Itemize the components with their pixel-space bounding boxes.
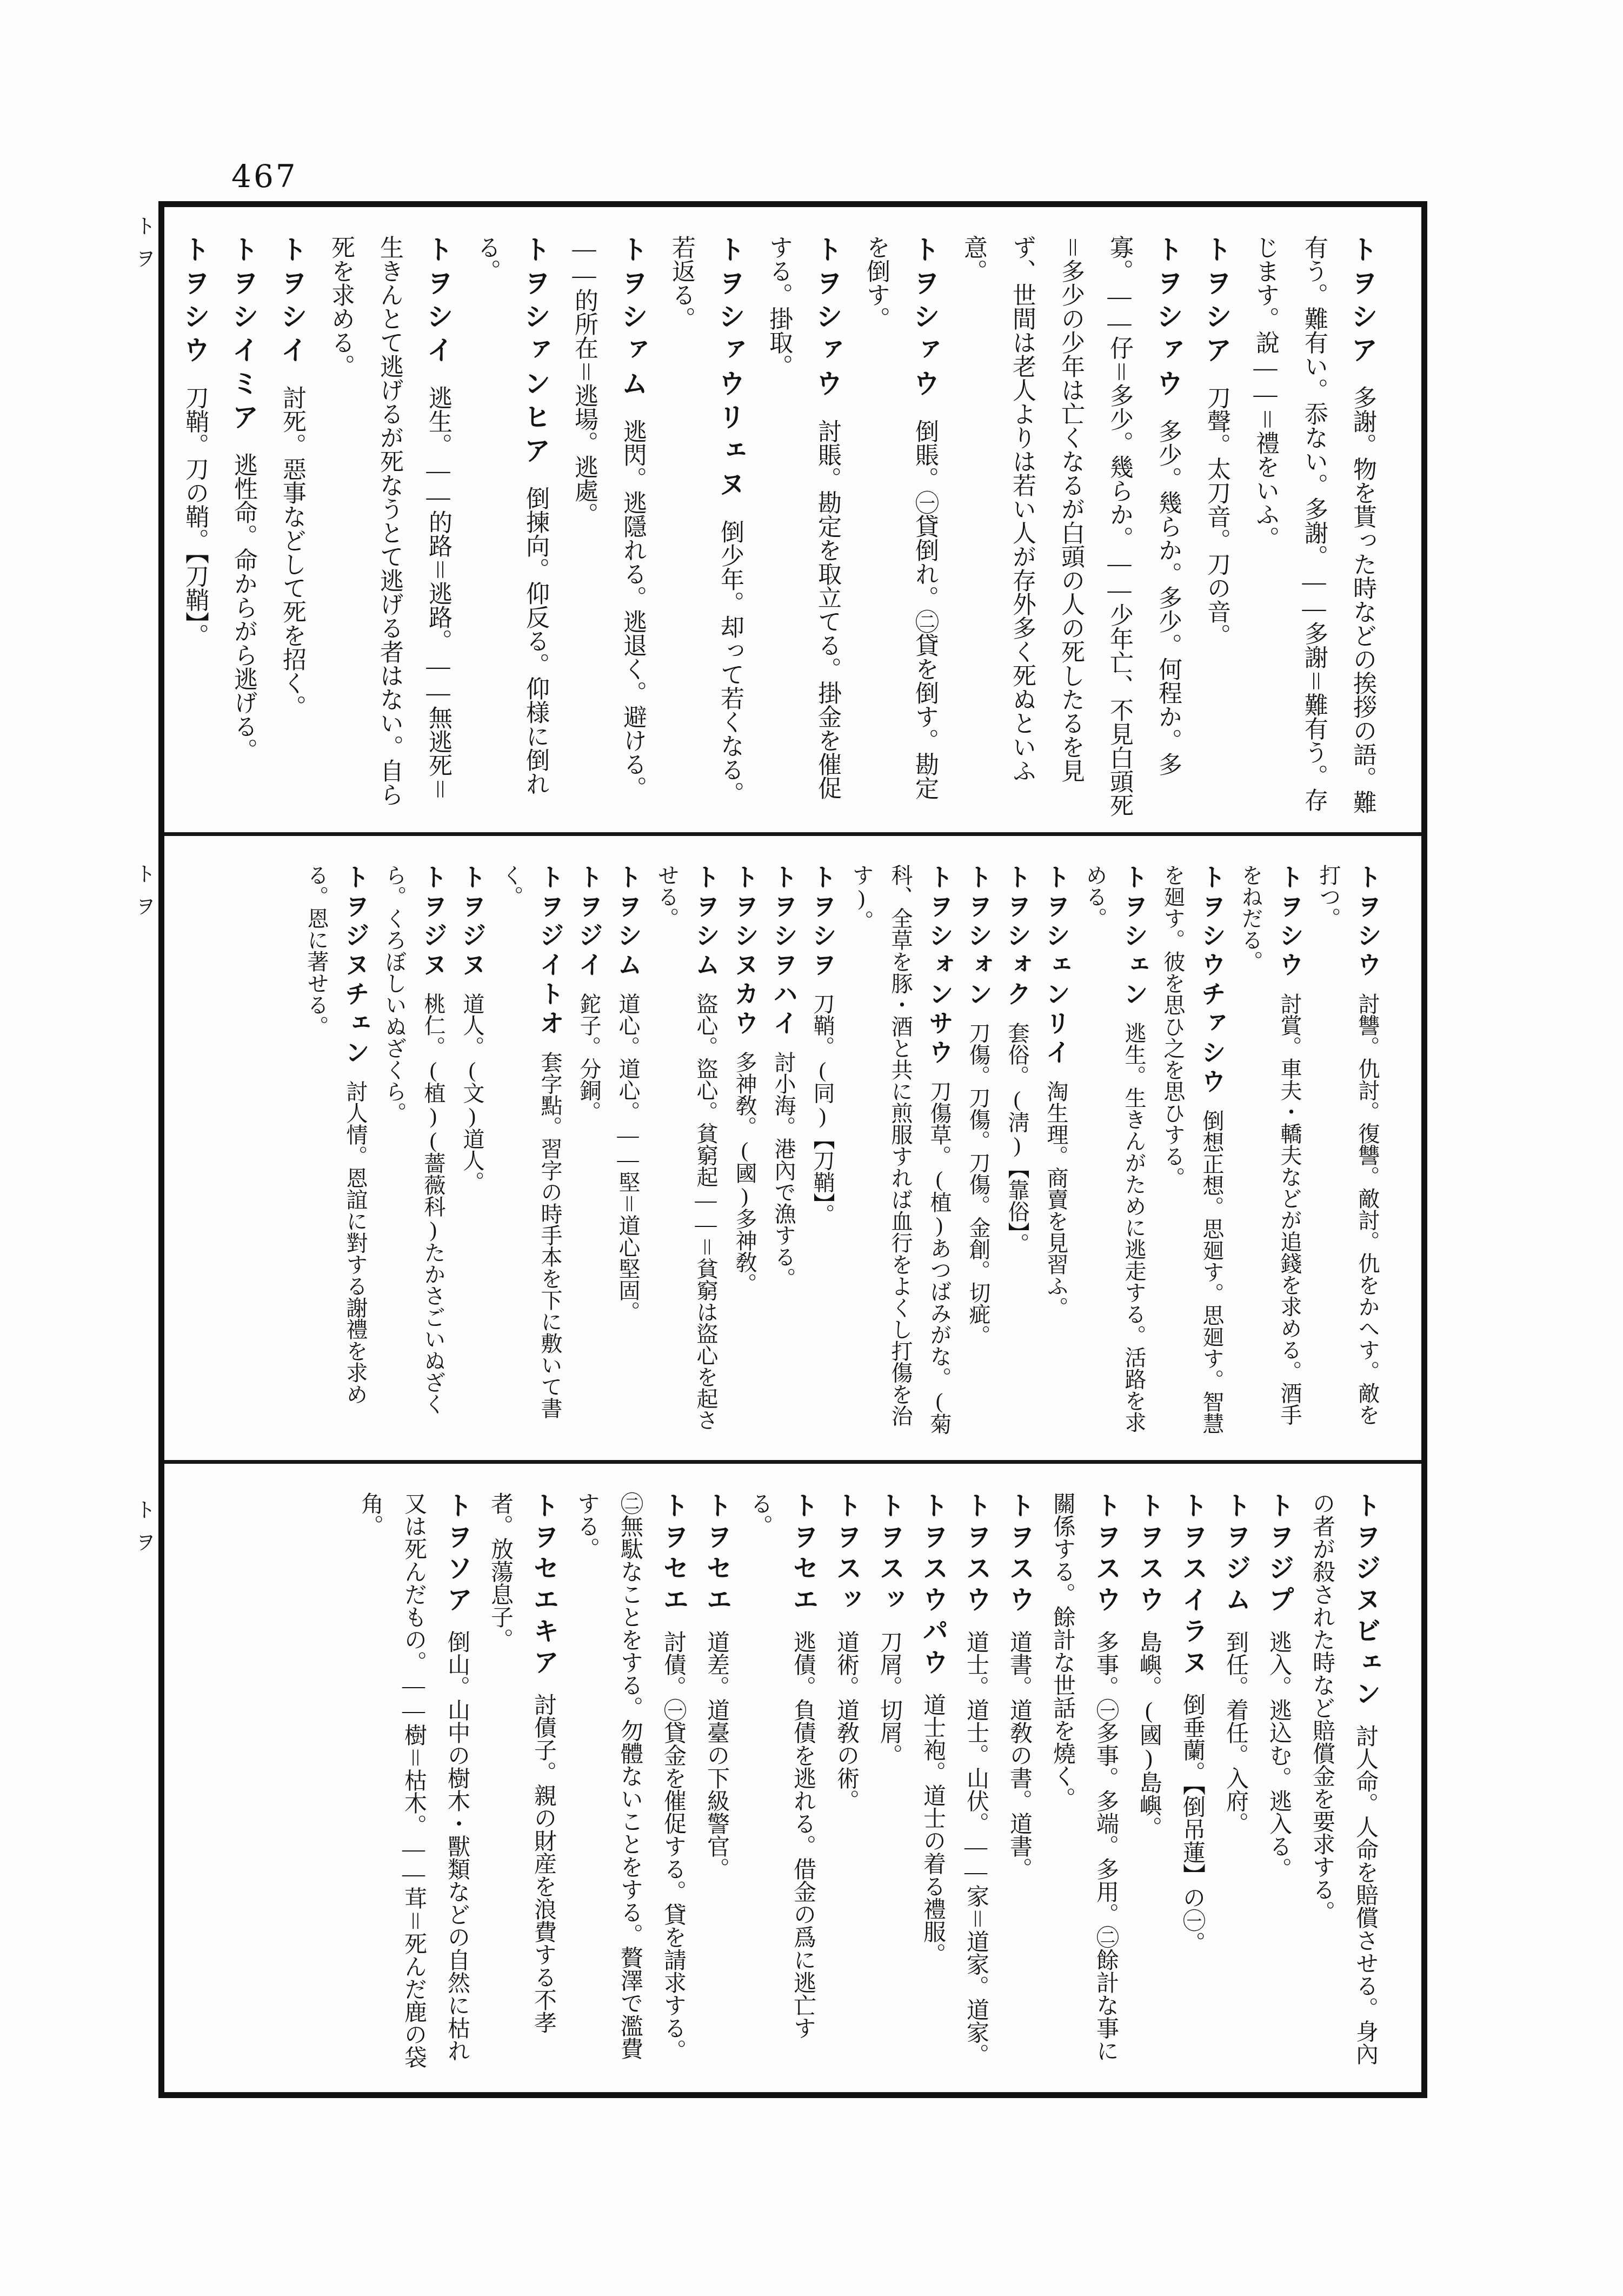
entry-headword: トヲシイ: [277, 235, 307, 369]
entry-headword: トヲシァンヒア: [520, 235, 550, 470]
entry-headword: トヲシヲ: [809, 864, 836, 981]
entry-headword: トヲソア: [443, 1492, 471, 1617]
entry-headword: トヲシア: [1201, 235, 1232, 369]
entry-headword: トヲシォク: [1003, 864, 1031, 1010]
entry-headword: トヲセエ: [702, 1492, 731, 1617]
dictionary-entry: トヲスウ道士。道士。山伏。――家＝道家。道家。: [954, 1492, 997, 2077]
entry-definition: 道士袍。道士の着る禮服。: [920, 1693, 945, 1966]
entry-headword: トヲシェン: [1120, 864, 1148, 1010]
entry-headword: トヲシウ: [1354, 864, 1381, 981]
entry-definition: 倒垂蘭。【倒吊蓮】の㊀。: [1180, 1693, 1205, 1954]
dictionary-entry: トヲジヌチェン討人情。恩誼に對する謝禮を求める。恩に著せる。: [297, 864, 375, 1446]
entry-definition: 討小海。港內で漁する。: [771, 1051, 796, 1289]
entry-headword: トヲシイミア: [228, 235, 258, 436]
entry-headword: トヲセエ: [659, 1492, 688, 1617]
entry-headword: トヲシウチァシウ: [1198, 864, 1226, 1098]
entry-headword: トヲシム: [614, 864, 642, 981]
entry-definition: 道人。(文)道人。: [460, 993, 484, 1193]
dictionary-entry: トヲシウチァシウ倒想正想。思廻す。思廻す。智慧を廻す。彼を思ひ之を思ひする。: [1153, 864, 1231, 1446]
entry-headword: トヲセエ: [789, 1492, 817, 1617]
entry-headword: トヲシァム: [617, 235, 648, 403]
entry-headword: トヲシァウ: [909, 235, 940, 403]
page-number: 467: [231, 158, 298, 195]
dictionary-entry: トヲスッ刀屑。切屑。: [868, 1492, 911, 2077]
dictionary-entry: トヲスウパウ道士袍。道士の着る禮服。: [911, 1492, 954, 2077]
dictionary-entry: トヲシァウ討賬。勘定を取立てる。掛金を催促する。掛取。: [754, 235, 852, 818]
entry-headword: トヲスウ: [1092, 1492, 1120, 1617]
entry-definition: 逃性命。命からがら逃げる。: [230, 453, 257, 762]
entry-headword: トヲジヌ: [458, 864, 486, 981]
entry-headword: トヲジヌビェン: [1351, 1492, 1380, 1711]
entry-definition: 鉈子。分銅。: [577, 993, 601, 1123]
entry-headword: トヲシェンリイ: [1042, 864, 1070, 1069]
dictionary-entry: トヲセエキア討債子。親の財産を浪費する不孝者。放蕩息子。: [478, 1492, 565, 2077]
entry-headword: トヲシウ: [179, 235, 210, 369]
entry-headword: トヲシヌカウ: [731, 864, 759, 1039]
entry-headword: トヲシウ: [1276, 864, 1303, 981]
entry-definition: 道士。道士。山伏。――家＝道家。道家。: [963, 1630, 988, 2066]
dictionary-entry: トヲスッ道術。道敎の術。: [824, 1492, 868, 2077]
dictionary-entry: トヲシヲ刀鞘。(同)【刀鞘】。: [803, 864, 842, 1446]
dictionary-entry: トヲジヌビェン討人命。人命を賠償させる。身內の者が殺された時など賠償金を要求する…: [1300, 1492, 1387, 2077]
entry-headword: トヲスイラヌ: [1178, 1492, 1207, 1680]
entry-definition: 逃入。逃込む。逃入る。: [1266, 1630, 1291, 1880]
dictionary-entry: トヲシォン刀傷。刀傷。刀傷。金創。切疵。: [959, 864, 997, 1446]
band-middle: トヲシウ討讐。仇討。復讐。敵討。仇をかへす。敵を打つ。トヲシウ討賞。車夫・轎夫な…: [164, 836, 1421, 1460]
dictionary-entry: トヲシイ討死。惡事などして死を招く。: [268, 235, 316, 818]
band-separator-line: [164, 1460, 1421, 1464]
entry-definition: 多少。幾らか。多少。何程か。多寡。――仔＝多少。幾らか。――少年亡、不見白頭死＝…: [960, 235, 1181, 817]
dictionary-entry: トヲセエ逃債。負債を逃れる。借金の爲に逃亡する。: [738, 1492, 824, 2077]
entry-headword: トヲシア: [1347, 235, 1378, 369]
dictionary-entry: トヲシェン逃生。生きんがために逃走する。活路を求める。: [1075, 864, 1153, 1446]
margin-kana-label: トヲ: [129, 215, 158, 280]
dictionary-entry: トヲシア刀聲。太刀音。刀の音。: [1192, 235, 1241, 818]
dictionary-entry: トヲシウ刀鞘。刀の鞘。【刀鞘】。: [170, 235, 219, 818]
entry-definition: 刀屑。切屑。: [877, 1630, 902, 1767]
entry-headword: トヲスウパウ: [919, 1492, 947, 1680]
entry-definition: 道書。道敎の書。道書。: [1007, 1630, 1032, 1880]
entry-headword: トヲシァウ: [1153, 235, 1183, 403]
band-bottom: トヲジヌビェン討人命。人命を賠償させる。身內の者が殺された時など賠償金を要求する…: [164, 1464, 1421, 2091]
entry-headword: トヲスウ: [962, 1492, 990, 1617]
entry-headword: トヲジイ: [575, 864, 603, 981]
dictionary-entry: トヲシォンサウ刀傷草。(植)あつばみがな。(菊科、全草を豚・酒と共に煎服すれば血…: [842, 864, 959, 1446]
margin-kana-label: トヲ: [129, 863, 158, 928]
dictionary-entry: トヲシイ逃生。――的路＝逃路。――無逃死＝生きんとて逃げるが死なうとて逃げる者は…: [316, 235, 462, 818]
dictionary-entry: トヲジイトオ套字點。習字の時手本を下に敷いて書く。: [491, 864, 569, 1446]
dictionary-entry: トヲシァウ多少。幾らか。多少。何程か。多寡。――仔＝多少。幾らか。――少年亡、不…: [949, 235, 1192, 818]
band-separator-line: [164, 832, 1421, 836]
dictionary-entry: トヲシウ討讐。仇討。復讐。敵討。仇をかへす。敵を打つ。: [1309, 864, 1387, 1446]
dictionary-entry: トヲシァウ倒賬。㊀貸倒れ。㊁貸を倒す。勘定を倒す。: [852, 235, 949, 818]
dictionary-entry: トヲシウ討賞。車夫・轎夫などが追錢を求める。酒手をねだる。: [1231, 864, 1309, 1446]
entry-headword: トヲジイトオ: [536, 864, 564, 1039]
dictionary-entry: トヲシム道心。道心。――堅＝道心堅固。: [608, 864, 647, 1446]
dictionary-entry: トヲジプ逃入。逃込む。逃入る。: [1257, 1492, 1300, 2077]
entry-definition: 道心。道心。――堅＝道心堅固。: [616, 993, 640, 1323]
dictionary-entry: トヲソア倒山。山中の樹木・獸類などの自然に枯れ又は死んだもの。――樹＝枯木。――…: [349, 1492, 478, 2077]
entry-headword: トヲジプ: [1265, 1492, 1293, 1617]
dictionary-entry: トヲシェンリイ淘生理。商賣を見習ふ。: [1036, 864, 1075, 1446]
entry-headword: トヲスッ: [832, 1492, 861, 1617]
entry-definition: 島嶼。(國)島嶼。: [1136, 1630, 1161, 1839]
entry-definition: 刀鞘。(同)【刀鞘】。: [810, 993, 835, 1225]
dictionary-entry: トヲシォク套俗。(淸)【靠俗】。: [997, 864, 1036, 1446]
dictionary-entry: トヲシム盜心。盜心。貧窮起――＝貧窮は盜心を起させる。: [647, 864, 725, 1446]
entry-definition: 道術。道敎の術。: [834, 1630, 859, 1812]
dictionary-entry: トヲセエ討債。㊀貸金を催促する。貸を請求する。㊁無駄なことをする。勿體ないことを…: [565, 1492, 695, 2077]
entry-headword: トヲジム: [1221, 1492, 1250, 1617]
dictionary-entry: トヲジヌ桃仁。(植)(薔薇科)たかさごいぬざくら。くろぼしいぬざくら。: [375, 864, 453, 1446]
dictionary-entry: トヲシヌカウ多神敎。(國)多神敎。: [725, 864, 764, 1446]
dictionary-entry: トヲシウ倒想。考へ直す。翻って考へる。: [164, 235, 170, 818]
dictionary-entry: トヲスウ島嶼。(國)島嶼。: [1127, 1492, 1170, 2077]
entry-headword: トヲシォンサウ: [926, 864, 953, 1069]
margin-kana-label: トヲ: [129, 1499, 158, 1564]
entry-definition: 套俗。(淸)【靠俗】。: [1005, 1022, 1029, 1255]
entry-definition: 淘生理。商賣を見習ふ。: [1044, 1080, 1068, 1318]
dictionary-entry: トヲシァウリェヌ倒少年。却って若くなる。若返る。: [657, 235, 754, 818]
entry-definition: 刀聲。太刀音。刀の音。: [1203, 386, 1230, 647]
entry-definition: 討死。惡事などして死を招く。: [279, 386, 305, 719]
dictionary-page: 467 トヲ トヲ トヲ トヲシア多謝。物を貰った時などの挨拶の語。難有う。難有…: [0, 0, 1623, 2296]
content-frame: トヲシア多謝。物を貰った時などの挨拶の語。難有う。難有い。忝ない。多謝。――多謝…: [158, 201, 1427, 2098]
entry-headword: トヲシォン: [965, 864, 992, 1010]
entry-definition: 道差。道臺の下級警官。: [704, 1630, 729, 1880]
dictionary-entry: トヲシァム逃閃。逃隱れる。逃退く。避ける。――的所在＝逃場。逃處。: [560, 235, 657, 818]
band-top: トヲシア多謝。物を貰った時などの挨拶の語。難有う。難有い。忝ない。多謝。――多謝…: [164, 207, 1421, 832]
entry-headword: トヲシァウ: [812, 235, 842, 403]
entry-definition: 多神敎。(國)多神敎。: [733, 1051, 757, 1295]
entry-headword: トヲスッ: [875, 1492, 904, 1617]
entry-headword: トヲジヌチェン: [342, 864, 369, 1069]
dictionary-entry: トヲセエ道差。道臺の下級警官。: [695, 1492, 738, 2077]
dictionary-entry: トヲシヲハイ討小海。港內で漁する。: [764, 864, 803, 1446]
entry-headword: トヲシァウリェヌ: [715, 235, 745, 503]
entry-headword: トヲシヲハイ: [770, 864, 797, 1039]
dictionary-entry: トヲシイミア逃性命。命からがら逃げる。: [219, 235, 268, 818]
entry-headword: トヲスウ: [1005, 1492, 1034, 1617]
entry-headword: トヲシム: [692, 864, 720, 981]
dictionary-entry: トヲスウ多事。㊀多事。多端。多用。㊁餘計な事に關係する。餘計な世話を燒く。: [1041, 1492, 1127, 2077]
entry-headword: トヲシイ: [423, 235, 453, 369]
dictionary-entry: トヲスイラヌ倒垂蘭。【倒吊蓮】の㊀。: [1170, 1492, 1214, 2077]
dictionary-entry: トヲシア多謝。物を貰った時などの挨拶の語。難有う。難有い。忝ない。多謝。――多謝…: [1241, 235, 1387, 818]
entry-headword: トヲジヌ: [420, 864, 447, 981]
dictionary-entry: トヲジヌ道人。(文)道人。: [453, 864, 491, 1446]
entry-headword: トヲスウ: [1135, 1492, 1163, 1617]
entry-definition: 刀傷。刀傷。刀傷。金創。切疵。: [966, 1022, 990, 1346]
dictionary-entry: トヲジイ鉈子。分銅。: [569, 864, 608, 1446]
dictionary-entry: トヲスウ道書。道敎の書。道書。: [997, 1492, 1041, 2077]
entry-definition: 到任。着任。入府。: [1223, 1630, 1248, 1835]
entry-headword: トヲセエキア: [529, 1492, 558, 1680]
dictionary-entry: トヲシァンヒア倒揀向。仰反る。仰様に倒れる。: [462, 235, 560, 818]
dictionary-entry: トヲジム到任。着任。入府。: [1214, 1492, 1257, 2077]
entry-definition: 刀鞘。刀の鞘。【刀鞘】。: [182, 386, 208, 647]
